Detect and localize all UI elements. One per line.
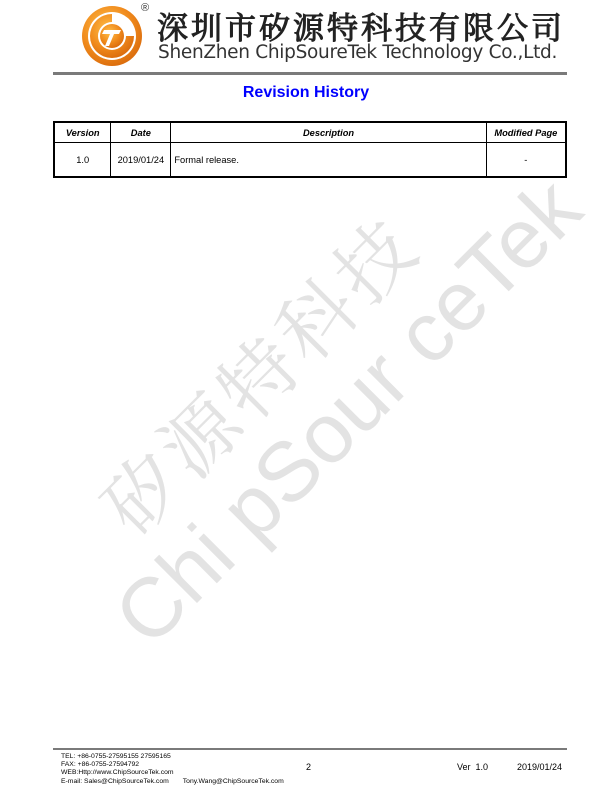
- footer-fax: FAX: +86-0755-27594792: [61, 761, 284, 769]
- watermark-english: Chi pSour ceTek: [96, 160, 599, 663]
- footer-contact: TEL: +86-0755-27595155 27595165 FAX: +86…: [61, 753, 284, 786]
- footer-divider: [53, 748, 567, 750]
- footer-email-2: Tony.Wang@ChipSourceTek.com: [183, 778, 284, 785]
- column-header-version: Version: [54, 122, 111, 143]
- header-divider: [53, 72, 567, 75]
- company-logo-icon: [81, 5, 143, 67]
- watermark: 矽源特科技 Chi pSour ceTek: [0, 0, 612, 792]
- table-row: 1.0 2019/01/24 Formal release. -: [54, 143, 566, 178]
- watermark-chinese: 矽源特科技: [85, 200, 438, 553]
- footer-web: WEB:Http://www.ChipSourceTek.com: [61, 769, 284, 777]
- page-title: Revision History: [0, 84, 612, 102]
- footer-version: Ver 1.0: [457, 762, 488, 772]
- page-header: ® 深圳市矽源特科技有限公司 ShenZhen ChipSoureTek Tec…: [0, 0, 612, 76]
- cell-version: 1.0: [54, 143, 111, 178]
- cell-modified-page: -: [486, 143, 566, 178]
- cell-date: 2019/01/24: [111, 143, 171, 178]
- column-header-date: Date: [111, 122, 171, 143]
- company-name-english: ShenZhen ChipSoureTek Technology Co.,Ltd…: [158, 42, 557, 63]
- cell-description: Formal release.: [171, 143, 486, 178]
- footer-tel: TEL: +86-0755-27595155 27595165: [61, 753, 284, 761]
- registered-mark: ®: [141, 2, 149, 14]
- page-number: 2: [306, 762, 311, 772]
- column-header-description: Description: [171, 122, 486, 143]
- footer-date: 2019/01/24: [517, 762, 562, 772]
- column-header-modified-page: Modified Page: [486, 122, 566, 143]
- revision-history-table: Version Date Description Modified Page 1…: [53, 121, 567, 178]
- footer-email: E-mail: Sales@ChipSourceTek.com: [61, 778, 169, 785]
- table-header-row: Version Date Description Modified Page: [54, 122, 566, 143]
